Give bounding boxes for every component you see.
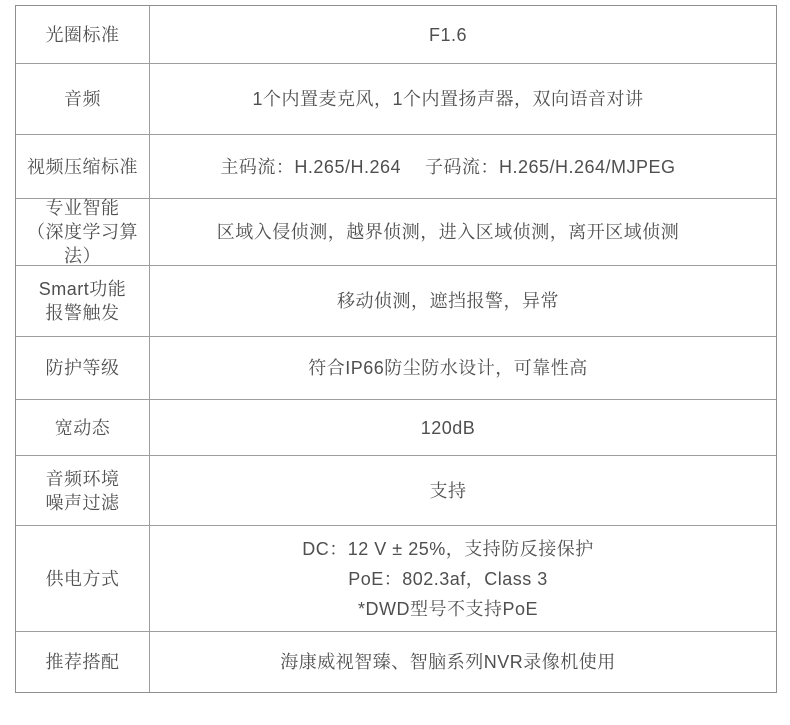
spec-label-text: 光圈标准 bbox=[46, 23, 120, 47]
spec-row: 专业智能（深度学习算法）区域入侵侦测，越界侦测，进入区域侦测，离开区域侦测 bbox=[16, 199, 776, 266]
spec-label-cell: 音频环境噪声过滤 bbox=[16, 456, 150, 525]
spec-value-text: *DWD型号不支持PoE bbox=[358, 594, 538, 624]
spec-label-text: （深度学习算法） bbox=[18, 220, 147, 268]
spec-value-cell: 主码流：H.265/H.264 子码流：H.265/H.264/MJPEG bbox=[150, 135, 776, 198]
spec-row: 供电方式DC：12 V ± 25%，支持防反接保护PoE：802.3af，Cla… bbox=[16, 526, 776, 632]
spec-value-cell: DC：12 V ± 25%，支持防反接保护PoE：802.3af，Class 3… bbox=[150, 526, 776, 631]
spec-label-cell: 宽动态 bbox=[16, 400, 150, 455]
spec-value-cell: 海康威视智臻、智脑系列NVR录像机使用 bbox=[150, 632, 776, 692]
product-spec-page: 光圈标准F1.6音频1个内置麦克风，1个内置扬声器，双向语音对讲视频压缩标准主码… bbox=[0, 0, 790, 725]
spec-label-text: 音频环境 bbox=[46, 467, 120, 491]
spec-value-cell: 移动侦测，遮挡报警，异常 bbox=[150, 266, 776, 336]
spec-value-cell: F1.6 bbox=[150, 6, 776, 63]
spec-label-text: 专业智能 bbox=[46, 196, 120, 220]
spec-label-text: 报警触发 bbox=[46, 301, 120, 325]
spec-value-cell: 支持 bbox=[150, 456, 776, 525]
spec-value-cell: 120dB bbox=[150, 400, 776, 455]
spec-value-cell: 符合IP66防尘防水设计，可靠性高 bbox=[150, 337, 776, 399]
spec-label-text: 防护等级 bbox=[46, 356, 120, 380]
spec-row: 视频压缩标准主码流：H.265/H.264 子码流：H.265/H.264/MJ… bbox=[16, 135, 776, 199]
spec-value-text: 支持 bbox=[430, 479, 467, 503]
spec-label-text: Smart功能 bbox=[39, 277, 127, 301]
spec-row: 推荐搭配海康威视智臻、智脑系列NVR录像机使用 bbox=[16, 632, 776, 692]
spec-label-cell: 光圈标准 bbox=[16, 6, 150, 63]
spec-row: 光圈标准F1.6 bbox=[16, 6, 776, 64]
spec-row: 宽动态120dB bbox=[16, 400, 776, 456]
spec-value-text: 海康威视智臻、智脑系列NVR录像机使用 bbox=[280, 650, 616, 674]
spec-value-text: DC：12 V ± 25%，支持防反接保护 bbox=[302, 534, 593, 564]
spec-row: 音频环境噪声过滤支持 bbox=[16, 456, 776, 526]
spec-label-text: 音频 bbox=[64, 87, 101, 111]
spec-label-cell: 专业智能（深度学习算法） bbox=[16, 199, 150, 265]
spec-value-text: PoE：802.3af，Class 3 bbox=[348, 564, 548, 594]
spec-label-cell: 视频压缩标准 bbox=[16, 135, 150, 198]
spec-row: 防护等级符合IP66防尘防水设计，可靠性高 bbox=[16, 337, 776, 400]
spec-value-text: 主码流：H.265/H.264 子码流：H.265/H.264/MJPEG bbox=[220, 155, 675, 179]
spec-label-text: 供电方式 bbox=[46, 567, 120, 591]
spec-label-text: 噪声过滤 bbox=[46, 491, 120, 515]
spec-label-text: 推荐搭配 bbox=[46, 650, 120, 674]
spec-value-text: 1个内置麦克风，1个内置扬声器，双向语音对讲 bbox=[252, 87, 643, 111]
spec-label-text: 视频压缩标准 bbox=[27, 155, 138, 179]
spec-label-text: 宽动态 bbox=[55, 416, 111, 440]
spec-row: 音频1个内置麦克风，1个内置扬声器，双向语音对讲 bbox=[16, 64, 776, 135]
spec-value-cell: 1个内置麦克风，1个内置扬声器，双向语音对讲 bbox=[150, 64, 776, 134]
spec-label-cell: 音频 bbox=[16, 64, 150, 134]
spec-label-cell: 防护等级 bbox=[16, 337, 150, 399]
spec-label-cell: 供电方式 bbox=[16, 526, 150, 631]
spec-value-text: 区域入侵侦测，越界侦测，进入区域侦测，离开区域侦测 bbox=[217, 220, 680, 244]
spec-value-text: 120dB bbox=[421, 416, 476, 440]
spec-row: Smart功能报警触发移动侦测，遮挡报警，异常 bbox=[16, 266, 776, 337]
spec-value-text: F1.6 bbox=[429, 23, 467, 47]
spec-label-cell: 推荐搭配 bbox=[16, 632, 150, 692]
spec-value-text: 移动侦测，遮挡报警，异常 bbox=[337, 289, 559, 313]
spec-value-cell: 区域入侵侦测，越界侦测，进入区域侦测，离开区域侦测 bbox=[150, 199, 776, 265]
spec-value-text: 符合IP66防尘防水设计，可靠性高 bbox=[308, 356, 588, 380]
spec-label-cell: Smart功能报警触发 bbox=[16, 266, 150, 336]
spec-table: 光圈标准F1.6音频1个内置麦克风，1个内置扬声器，双向语音对讲视频压缩标准主码… bbox=[15, 5, 777, 693]
